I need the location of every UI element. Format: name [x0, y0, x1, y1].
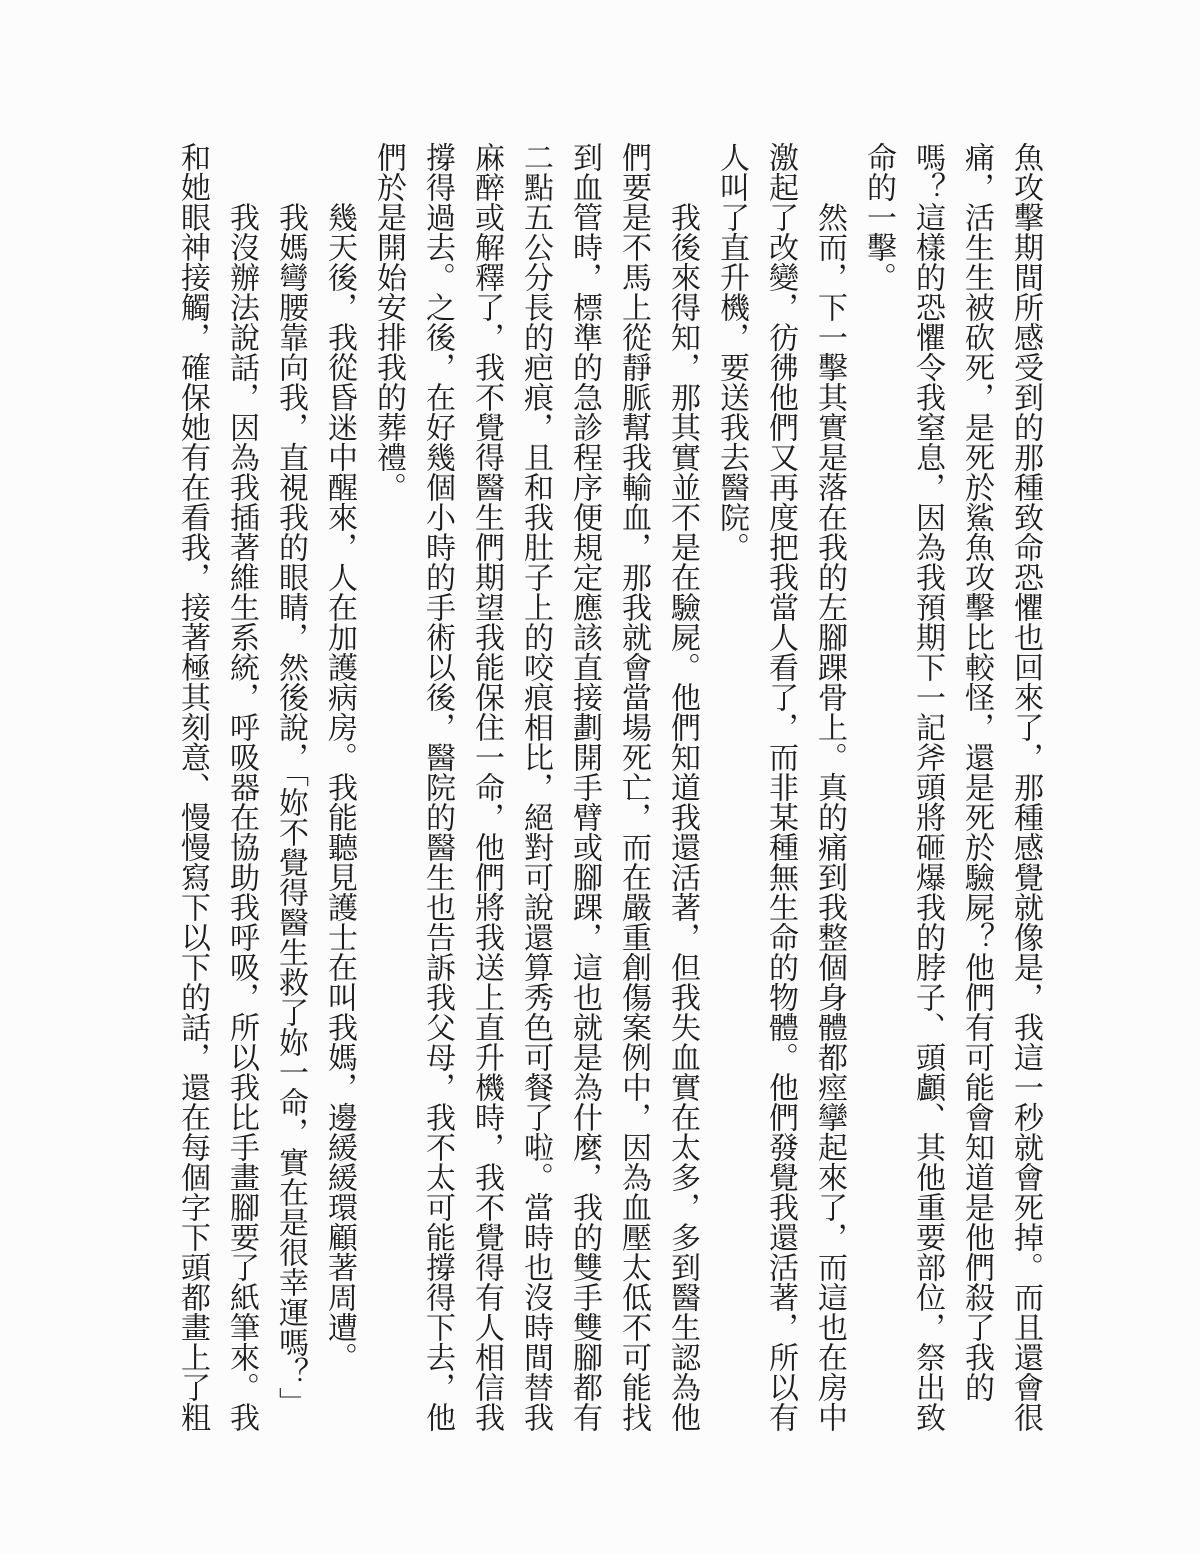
book-page: 魚攻擊期間所感受到的那種致命恐懼也回來了，那種感覺就像是，我這一秒就會死掉。而且…: [0, 0, 1200, 1554]
text-column: 魚攻擊期間所感受到的那種致命恐懼也回來了，那種感覺就像是，我這一秒就會死掉。而且…: [1001, 142, 1050, 1434]
text-column: 我沒辦法說話，因為我插著維生系統，呼吸器在協助我呼吸，所以我比手畫腳要了紙筆來。…: [217, 142, 266, 1434]
text-column: 命的一擊。: [854, 142, 903, 1434]
text-column: 激起了改變，彷彿他們又再度把我當人看了，而非某種無生命的物體。他們發覺我還活著，…: [756, 142, 805, 1434]
text-column: 到血管時，標準的急診程序便規定應該直接劃開手臂或腳踝，這也就是為什麼，我的雙手雙…: [560, 142, 609, 1434]
text-column: 二點五公分長的疤痕，且和我肚子上的咬痕相比，絕對可說還算秀色可餐了啦。當時也沒時…: [511, 142, 560, 1434]
text-column: 和她眼神接觸，確保她有在看我，接著極其刻意、慢慢寫下以下的話，還在每個字下頭都畫…: [168, 142, 217, 1434]
text-column: 幾天後，我從昏迷中醒來，人在加護病房。我能聽見護士在叫我媽，邊緩緩環顧著周遭。: [315, 142, 364, 1434]
text-column: 們要是不馬上從靜脈幫我輸血，那我就會當場死亡，而在嚴重創傷案例中，因為血壓太低不…: [609, 142, 658, 1434]
vertical-text-block: 魚攻擊期間所感受到的那種致命恐懼也回來了，那種感覺就像是，我這一秒就會死掉。而且…: [168, 142, 1050, 1434]
text-column: 撐得過去。之後，在好幾個小時的手術以後，醫院的醫生也告訴我父母，我不太可能撐得下…: [413, 142, 462, 1434]
text-column: 然而，下一擊其實是落在我的左腳踝骨上。真的痛到我整個身體都痙攣起來了，而這也在房…: [805, 142, 854, 1434]
text-column: 麻醉或解釋了，我不覺得醫生們期望我能保住一命，他們將我送上直升機時，我不覺得有人…: [462, 142, 511, 1434]
text-column: 我後來得知，那其實並不是在驗屍。他們知道我還活著，但我失血實在太多，多到醫生認為…: [658, 142, 707, 1434]
text-column: 嗎？這樣的恐懼令我窒息，因為我預期下一記斧頭將砸爆我的脖子、頭顱、其他重要部位，…: [903, 142, 952, 1434]
text-column: 們於是開始安排我的葬禮。: [364, 142, 413, 1434]
text-column: 人叫了直升機，要送我去醫院。: [707, 142, 756, 1434]
text-column: 痛，活生生被砍死，是死於鯊魚攻擊比較怪，還是死於驗屍？他們有可能會知道是他們殺了…: [952, 142, 1001, 1434]
text-column: 我媽彎腰靠向我，直視我的眼睛，然後說，「妳不覺得醫生救了妳一命，實在是很幸運嗎？…: [266, 142, 315, 1434]
